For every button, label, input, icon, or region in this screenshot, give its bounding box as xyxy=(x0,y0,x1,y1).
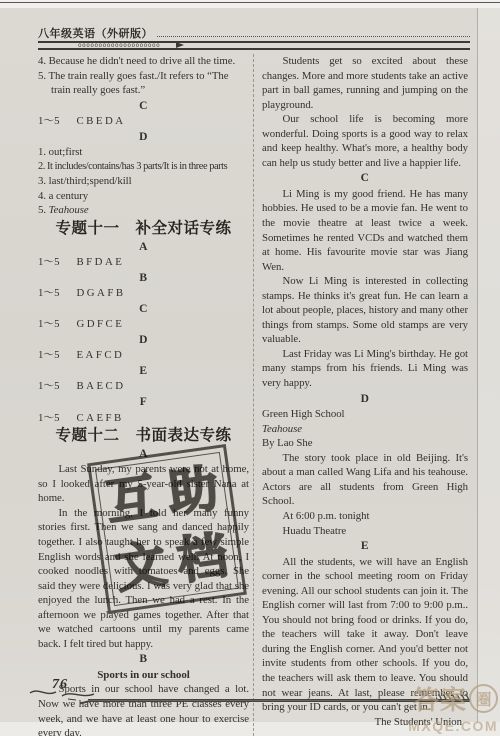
indented-line: Huadu Theatre xyxy=(262,524,468,539)
section-label: C xyxy=(262,171,468,186)
answer-line: 4. Because he didn't need to drive all t… xyxy=(38,54,249,69)
section-label: C xyxy=(38,302,249,317)
left-column: 4. Because he didn't need to drive all t… xyxy=(38,54,249,736)
italic-word: Teahouse xyxy=(49,204,89,216)
answer-line: 2. It includes/contains/has 3 parts/It i… xyxy=(38,160,249,175)
scan-edge-line xyxy=(0,2,500,3)
section-label: E xyxy=(38,364,249,379)
section-label: D xyxy=(38,130,249,145)
answer-letters: BAECD xyxy=(76,379,125,394)
section-label: A xyxy=(38,447,249,462)
answer-range: 1～5 xyxy=(38,255,59,270)
paragraph: All the students, we will have an Englis… xyxy=(262,555,468,715)
answer-line: 4. a century xyxy=(38,189,249,204)
answer-line: 1. out;first xyxy=(38,145,249,160)
page-fold-highlight xyxy=(478,8,500,722)
answer-letters: CAEFB xyxy=(76,411,123,426)
footer-rule xyxy=(88,699,470,702)
footer-rule-hatch xyxy=(436,694,470,699)
header-double-rule: oooooooooooooooooooo xyxy=(38,41,470,50)
section-label: D xyxy=(262,392,468,407)
answer-range: 1～5 xyxy=(38,317,59,332)
essay-title: Sports in our school xyxy=(38,668,249,683)
answer-range: 1～5 xyxy=(38,348,59,363)
answer-key-line: 1～5BFDAE xyxy=(38,255,249,270)
section-label: B xyxy=(38,652,249,667)
section-label: A xyxy=(38,240,249,255)
answer-key-line: 1～5GDFCE xyxy=(38,317,249,332)
paragraph: The story took place in old Beijing. It'… xyxy=(262,451,468,509)
answer-key-line: 1～5CBEDA xyxy=(38,114,249,129)
paragraph: Our school life is becoming more wonderf… xyxy=(262,112,468,170)
answer-range: 1～5 xyxy=(38,286,59,301)
answer-key-line: 1～5CAEFB xyxy=(38,411,249,426)
credit-line: The Students' Union xyxy=(262,715,468,730)
section-heading: 专题十一 补全对话专练 xyxy=(38,222,249,237)
paragraph: Students get so excited about these chan… xyxy=(262,54,468,112)
answer-line: 3. last/third;spend/kill xyxy=(38,174,249,189)
answer-range: 1～5 xyxy=(38,379,59,394)
section-label: D xyxy=(38,333,249,348)
info-line: Green High School xyxy=(262,407,468,422)
answer-line: 5. The train really goes fast./It refers… xyxy=(38,69,249,98)
section-label: E xyxy=(262,539,468,554)
page-fold-line xyxy=(477,8,478,722)
answer-letters: BFDAE xyxy=(76,255,124,270)
answer-line: 5. Teahouse xyxy=(38,203,249,218)
right-column: Students get so excited about these chan… xyxy=(254,54,468,736)
italic-title-line: Teahouse xyxy=(262,422,468,437)
answer-letters: CBEDA xyxy=(76,114,125,129)
answer-letters: EAFCD xyxy=(76,348,124,363)
answer-letters: GDFCE xyxy=(76,317,124,332)
answer-key-line: 1～5BAECD xyxy=(38,379,249,394)
page-content: 4. Because he didn't need to drive all t… xyxy=(38,54,468,736)
section-label: C xyxy=(38,99,249,114)
answer-range: 1～5 xyxy=(38,114,59,129)
page-header: 八年级英语（外研版） xyxy=(38,25,470,41)
answer-letters: DGAFB xyxy=(76,286,125,301)
indented-line: At 6:00 p.m. tonight xyxy=(262,509,468,524)
book-title: 八年级英语（外研版） xyxy=(38,25,153,41)
paragraph: Last Friday was Li Ming's birthday. He g… xyxy=(262,347,468,391)
section-label: B xyxy=(38,271,249,286)
section-label: F xyxy=(38,395,249,410)
answer-key-line: 1～5EAFCD xyxy=(38,348,249,363)
section-heading: 专题十二 书面表达专练 xyxy=(38,429,249,444)
paragraph: Now Li Ming is interested in collecting … xyxy=(262,274,468,347)
paragraph: Last Sunday, my parents were not at home… xyxy=(38,462,249,506)
header-dotted-rule xyxy=(157,27,470,37)
paragraph: In the morning, I told her many funny st… xyxy=(38,506,249,651)
paragraph: Li Ming is my good friend. He has many h… xyxy=(262,187,468,274)
info-line: By Lao She xyxy=(262,436,468,451)
answer-key-line: 1～5DGAFB xyxy=(38,286,249,301)
answer-range: 1～5 xyxy=(38,411,59,426)
